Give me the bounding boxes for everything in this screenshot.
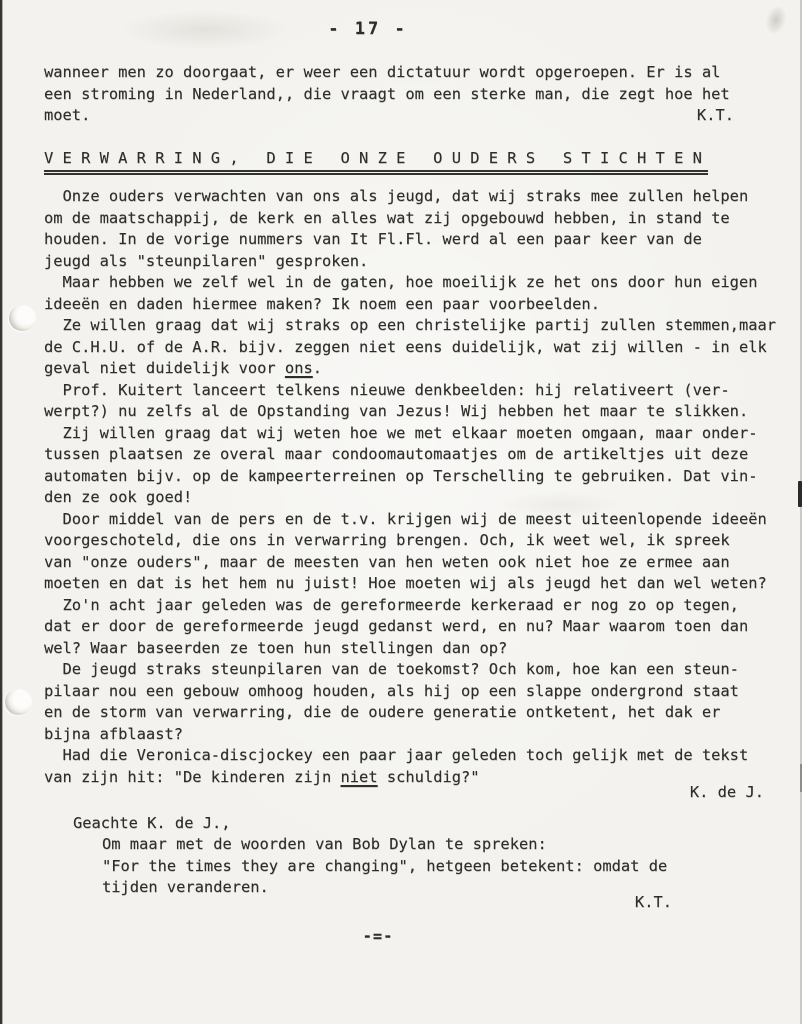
punch-hole-bottom — [5, 689, 32, 715]
paragraph-onze-ouders: Onze ouders verwachten van ons als jeugd… — [44, 186, 802, 272]
reply-salutation: Geachte K. de J., — [44, 813, 802, 835]
paragraph-stemmen-text: Ze willen graag dat wij straks op een ch… — [44, 316, 776, 377]
underlined-word-niet: niet — [341, 768, 378, 786]
article-heading-text: V E R W A R R I N G , D I E O N Z E O U … — [44, 148, 708, 176]
paragraph-veronica-tail: schuldig?" — [378, 768, 480, 786]
page-number: - 17 - — [0, 19, 802, 41]
paragraph-steunpilaar: De jeugd straks steunpilaren van de toek… — [44, 659, 802, 745]
paragraph-kerkeraad: Zo'n acht jaar geleden was de gereformee… — [44, 595, 802, 660]
paragraph-in-de-gaten: Maar hebben we zelf wel in de gaten, hoe… — [44, 272, 802, 315]
reply-line-2: "For the times they are changing", hetge… — [44, 856, 802, 878]
end-separator-text: -=- — [363, 927, 394, 945]
paragraph-kuitert: Prof. Kuitert lanceert telkens nieuwe de… — [44, 380, 802, 423]
article-heading: V E R W A R R I N G , D I E O N Z E O U … — [44, 148, 802, 176]
paragraph-omgaan: Zij willen graag dat wij weten hoe we me… — [44, 423, 802, 509]
intro-paragraph: wanneer men zo doorgaat, er weer een dic… — [44, 62, 802, 127]
paragraph-pers-en-tv: Door middel van de pers en de t.v. krijg… — [44, 509, 802, 595]
punch-hole-top — [9, 305, 36, 331]
paragraph-stemmen: Ze willen graag dat wij straks op een ch… — [44, 315, 802, 380]
scanned-document-page: - 17 - wanneer men zo doorgaat, er weer … — [0, 0, 802, 1024]
signature-kt-intro: K.T. — [697, 105, 734, 127]
page-number-text: - 17 - — [328, 19, 407, 39]
reply-letter: Geachte K. de J., Om maar met de woorden… — [44, 813, 802, 914]
document-body: wanneer men zo doorgaat, er weer een dic… — [44, 62, 802, 948]
scan-edge-left — [0, 0, 3, 1024]
end-separator: -=- — [44, 926, 802, 948]
intro-text: wanneer men zo doorgaat, er weer een dic… — [44, 62, 802, 127]
signature-k-de-j-text: K. de J. — [690, 783, 764, 801]
reply-line-1: Om maar met de woorden van Bob Dylan te … — [44, 834, 802, 856]
signature-kt-reply-text: K.T. — [635, 893, 672, 911]
paragraph-stemmen-tail: . — [313, 359, 322, 377]
underlined-word-ons: ons — [285, 359, 313, 377]
